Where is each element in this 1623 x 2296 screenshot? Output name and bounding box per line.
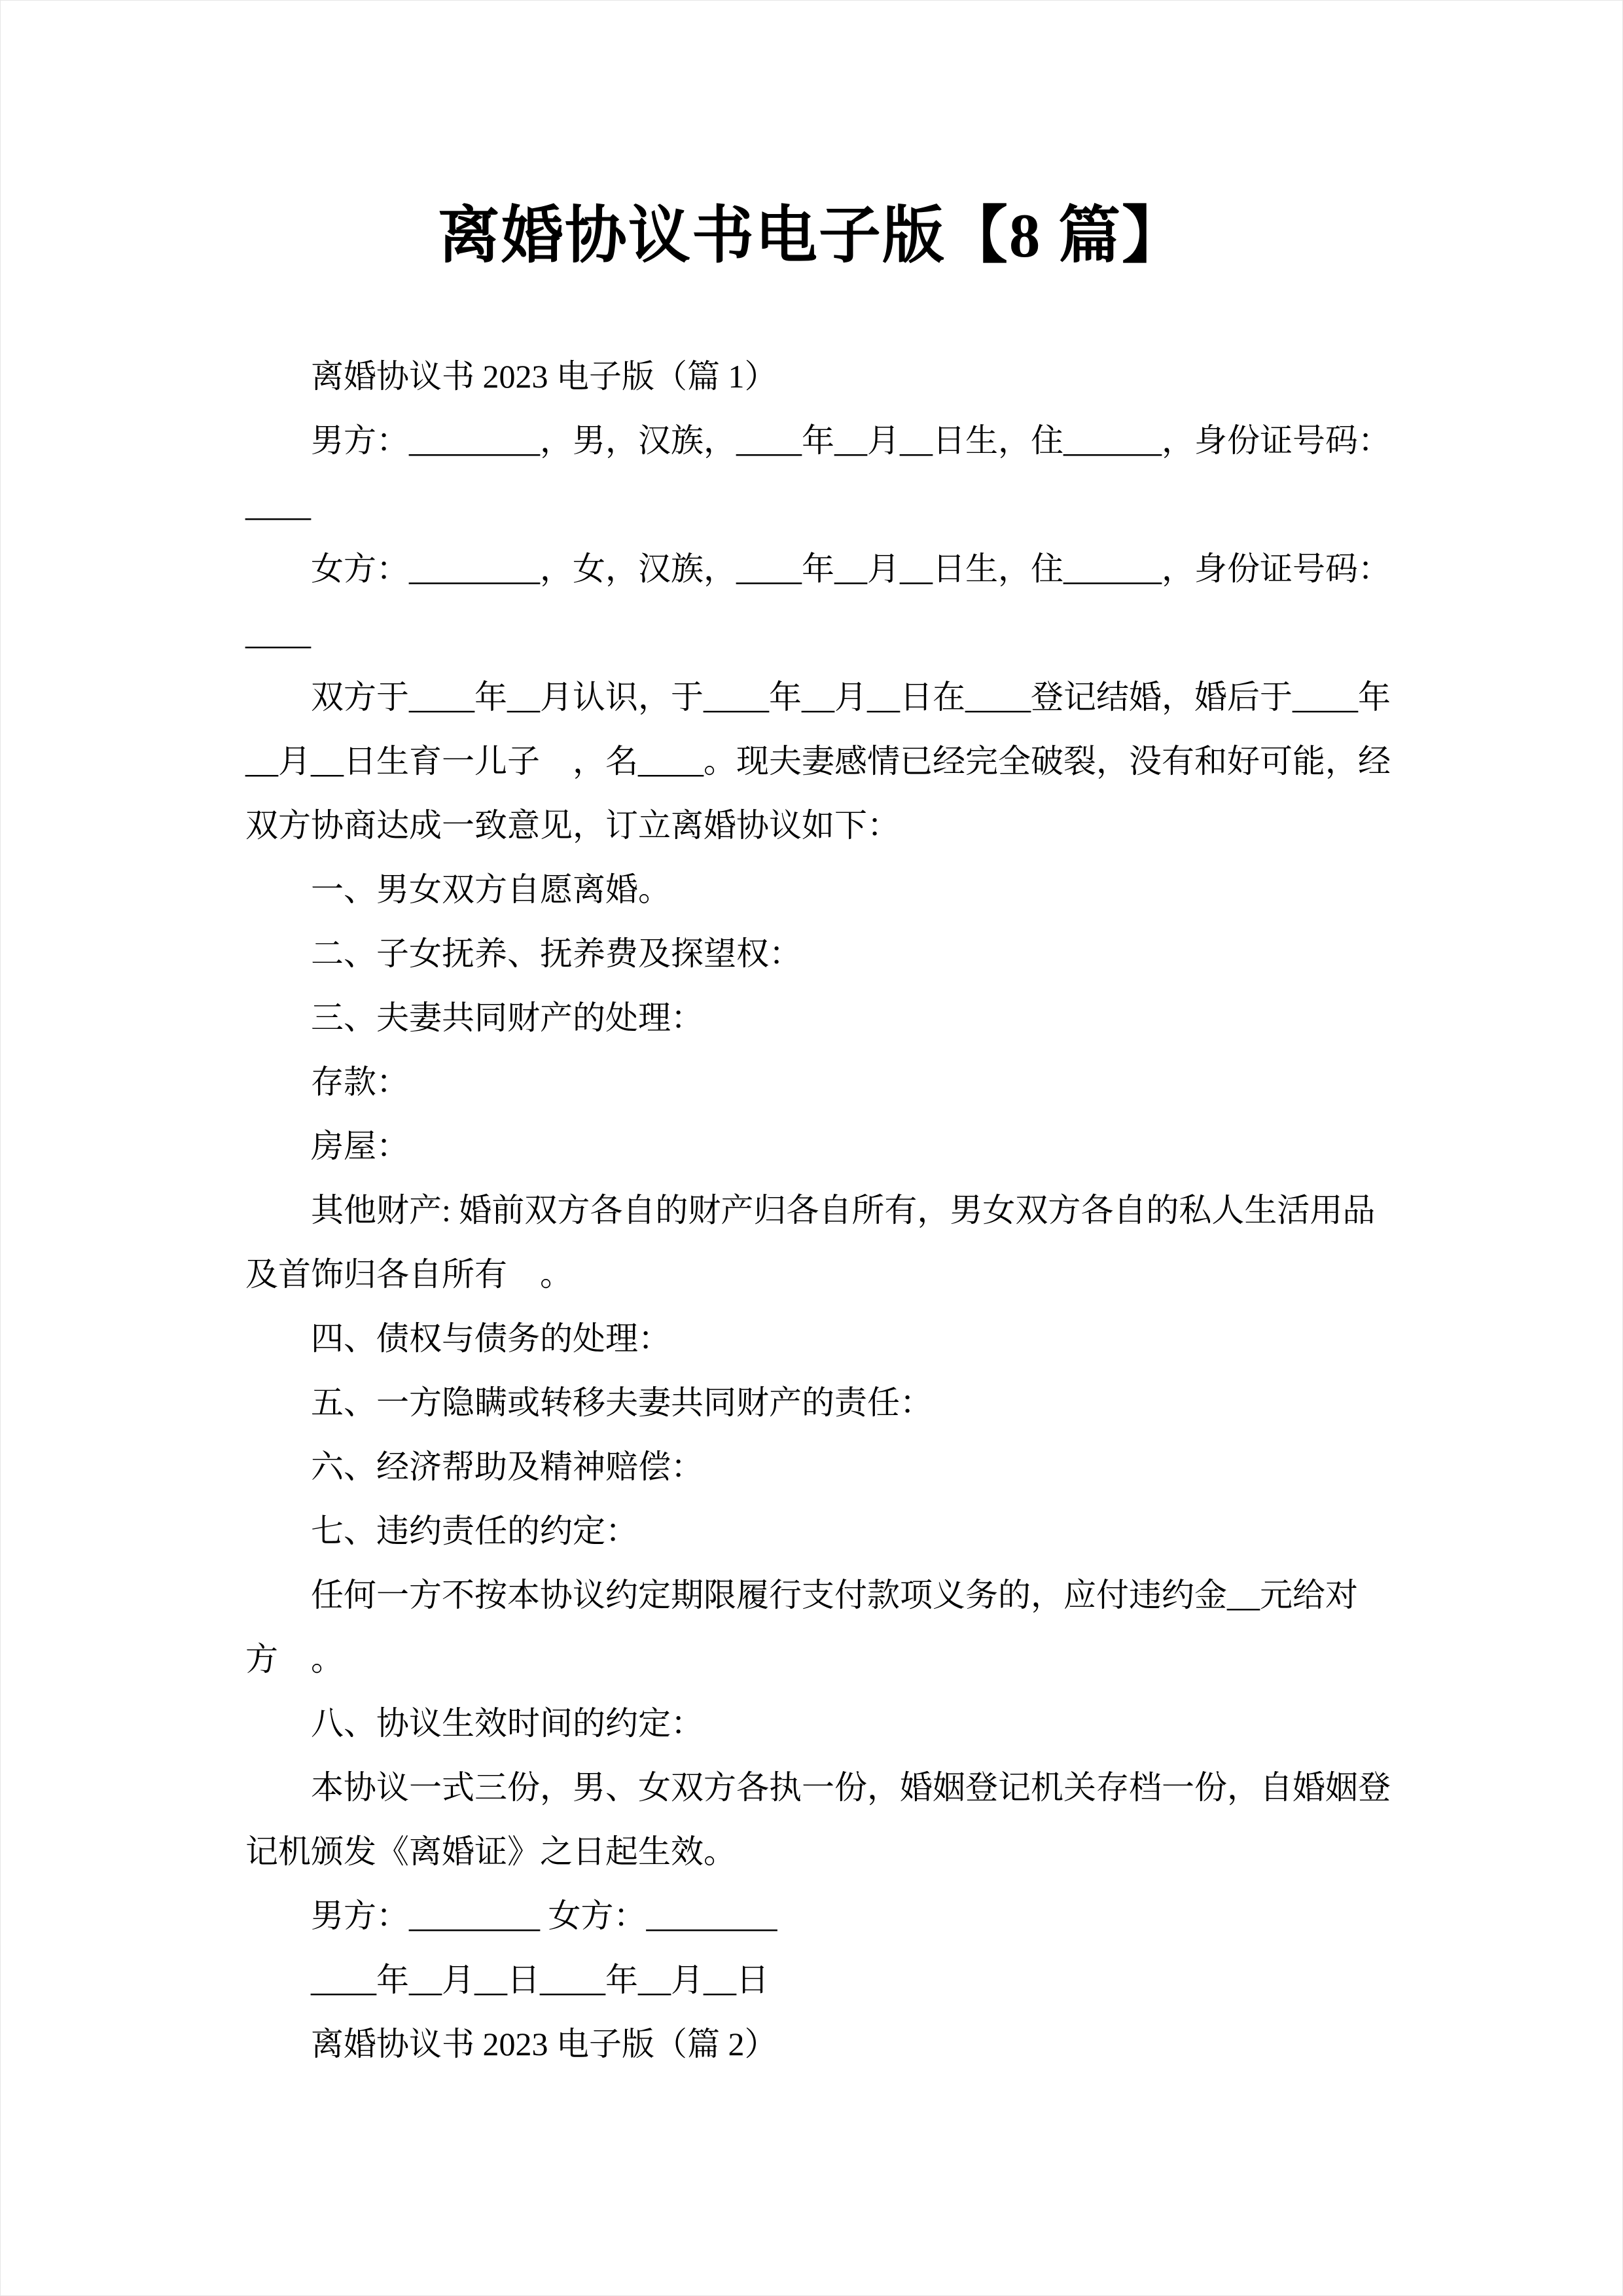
doc-line: 二、子女抚养、抚养费及探望权： — [245, 922, 1378, 986]
doc-line: __月__日生育一儿子 ，名____。现夫妻感情已经完全破裂，没有和好可能，经 — [245, 729, 1378, 793]
doc-line: 一、男女双方自愿离婚。 — [245, 857, 1378, 922]
doc-line: 本协议一式三份，男、女双方各执一份，婚姻登记机关存档一份，自婚姻登 — [245, 1755, 1378, 1820]
doc-line: ____ — [245, 473, 1378, 537]
doc-line: 七、违约责任的约定： — [245, 1499, 1378, 1563]
doc-line: 其他财产: 婚前双方各自的财产归各自所有，男女双方各自的私人生活用品 — [245, 1178, 1378, 1242]
doc-line: 男方：________，男，汉族，____年__月__日生，住______，身份… — [245, 408, 1378, 473]
doc-line: 五、一方隐瞒或转移夫妻共同财产的责任： — [245, 1371, 1378, 1435]
doc-line: 四、债权与债务的处理： — [245, 1306, 1378, 1371]
doc-line: ____ — [245, 601, 1378, 665]
document-body: 离婚协议书 2023 电子版（篇 1） 男方：________，男，汉族，___… — [245, 344, 1378, 2076]
page-title: 离婚协议书电子版【8 篇】 — [245, 196, 1378, 275]
doc-line: 及首饰归各自所有 。 — [245, 1242, 1378, 1306]
doc-line: 离婚协议书 2023 电子版（篇 1） — [245, 344, 1378, 408]
doc-line: 男方：________ 女方：________ — [245, 1884, 1378, 1948]
doc-line: 存款： — [245, 1050, 1378, 1114]
doc-line: 八、协议生效时间的约定： — [245, 1691, 1378, 1755]
doc-line: ____年__月__日____年__月__日 — [245, 1948, 1378, 2012]
doc-line: 离婚协议书 2023 电子版（篇 2） — [245, 2012, 1378, 2076]
doc-line: 双方于____年__月认识，于____年__月__日在____登记结婚，婚后于_… — [245, 665, 1378, 729]
doc-line: 记机颁发《离婚证》之日起生效。 — [245, 1820, 1378, 1884]
doc-line: 方 。 — [245, 1627, 1378, 1691]
doc-line: 任何一方不按本协议约定期限履行支付款项义务的，应付违约金__元给对 — [245, 1563, 1378, 1627]
doc-line: 双方协商达成一致意见，订立离婚协议如下： — [245, 793, 1378, 857]
document-page: 离婚协议书电子版【8 篇】 离婚协议书 2023 电子版（篇 1） 男方：___… — [0, 0, 1623, 2296]
doc-line: 六、经济帮助及精神赔偿： — [245, 1435, 1378, 1499]
doc-line: 女方：________，女，汉族，____年__月__日生，住______，身份… — [245, 537, 1378, 601]
doc-line: 三、夫妻共同财产的处理： — [245, 986, 1378, 1050]
doc-line: 房屋： — [245, 1114, 1378, 1178]
